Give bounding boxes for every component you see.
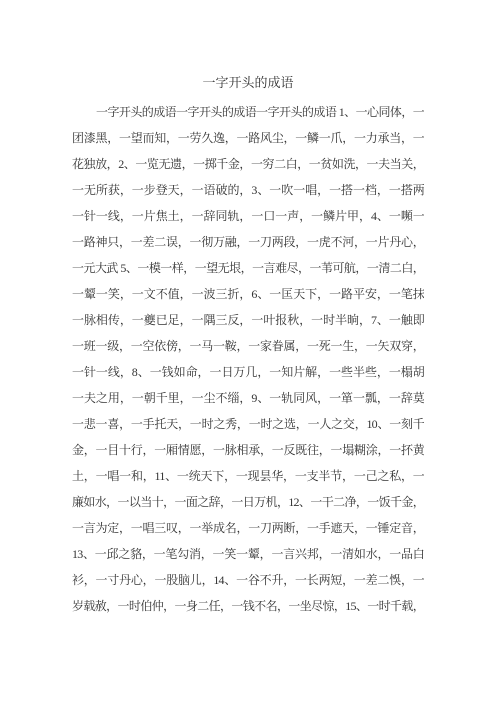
text-line: 一班一级，一空依傍，一马一鞍，一家眷属，一死一生，一矢双穿， [72, 333, 424, 359]
text-line: 一夫之用，一朝千里，一尘不缁，9、一轨同风，一箪一瓢，一辞莫赞， [72, 385, 424, 411]
text-line: 一悲一喜，一手托天，一时之秀，一时之选，一人之交，10、一刻千 [72, 411, 424, 437]
text-line: 一无所获，一步登天，一语破的，3、一吹一唱，一搭一档，一搭两用， [72, 177, 424, 203]
text-line: 衫，一寸丹心，一股脑儿，14、一谷不升，一长两短，一差二悞，一 [72, 567, 424, 593]
text-line: 一针一线，一片焦土，一辞同轨，一口一声，一鳞片甲，4、一嚬一笑， [72, 203, 424, 229]
text-line: 一路神只，一差二误，一彻万融，一刀两段，一虎不河，一片丹心， [72, 229, 424, 255]
text-line: 一脉相传，一夔已足，一隅三反，一叶报秋，一时半晌，7、一触即溃， [72, 307, 424, 333]
text-line: 一元大武 5、一模一样，一望无垠，一言难尽，一苇可航，一清二白， [72, 255, 424, 281]
text-line: 岁载赦，一时伯仲，一身二任，一钱不名，一坐尽惊，15、一时千载， [72, 593, 424, 619]
text-line: 一针一线，8、一钱如命，一日万几，一知片解，一些半些，一榻胡涂， [72, 359, 424, 385]
document-page: 一字开头的成语 一字开头的成语一字开头的成语一字开头的成语 1、一心同体，一 团… [0, 0, 496, 702]
text-line: 一字开头的成语一字开头的成语一字开头的成语 1、一心同体，一 [72, 99, 424, 125]
document-body: 一字开头的成语一字开头的成语一字开头的成语 1、一心同体，一 团漆黑，一望而知，… [72, 99, 424, 619]
text-line: 花独放，2、一览无遗，一掷千金，一穷二白，一贫如洗，一夫当关， [72, 151, 424, 177]
text-line: 一言为定，一唱三叹，一举成名，一刀两断，一手遮天，一锤定音， [72, 515, 424, 541]
text-line: 金，一目十行，一厢情愿，一脉相承，一反既往，一塌糊涂，一抔黄 [72, 437, 424, 463]
text-line: 13、一邱之貉，一笔勾消，一笑一颦，一言兴邦，一清如水，一品白 [72, 541, 424, 567]
text-line: 团漆黑，一望而知，一劳久逸，一路风尘，一鳞一爪，一力承当，一 [72, 125, 424, 151]
text-line: 土，一唱一和，11、一统天下，一现昙华，一支半节，一己之私，一 [72, 463, 424, 489]
document-title: 一字开头的成语 [72, 70, 424, 96]
text-line: 廉如水，一以当十，一面之辞，一日万机，12、一干二净，一饭千金， [72, 489, 424, 515]
text-line: 一颦一笑，一文不值，一波三折，6、一匡天下，一路平安，一笔抹杀， [72, 281, 424, 307]
